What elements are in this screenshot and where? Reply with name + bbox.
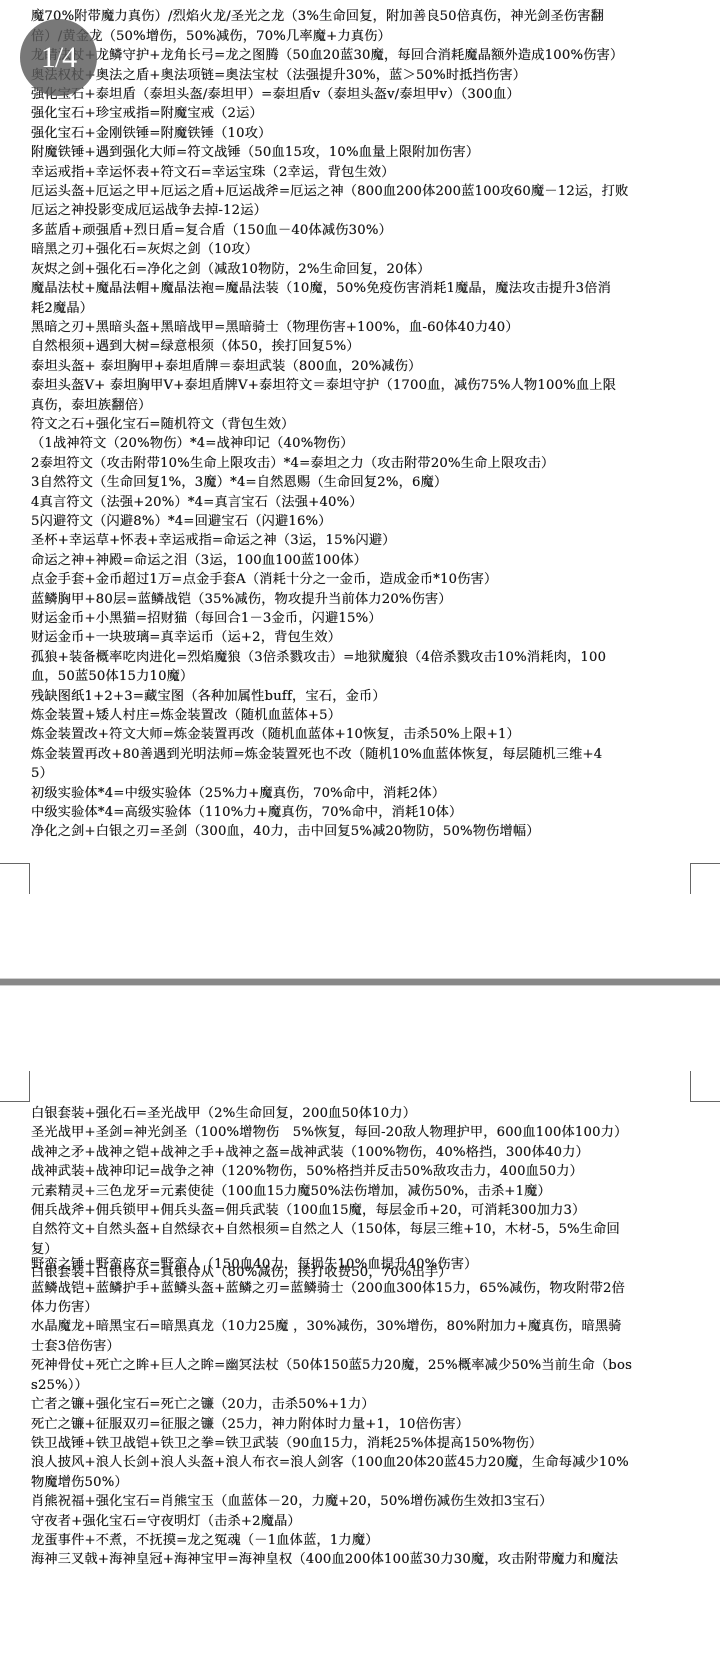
text-line: 奥法权杖+奥法之盾+奥法项链=奥法宝杖（法强提升30%，蓝＞50%时抵挡伤害）: [31, 66, 700, 85]
text-line: 强化宝石+金刚铁锤=附魔铁锤（10攻）: [31, 124, 700, 143]
text-line: 水晶魔龙+暗黑宝石=暗黑真龙（10力25魔 ，30%减伤，30%增伤，80%附加…: [31, 1317, 700, 1336]
text-line: 黑暗之刃+黑暗头盔+黑暗战甲=黑暗骑士（物理伤害+100%，血-60体40力40…: [31, 318, 700, 337]
text-line: 战神之矛+战神之铠+战神之手+战神之盔=战神武装（100%物伤，40%格挡，30…: [31, 1143, 700, 1162]
text-line: 厄运头盔+厄运之甲+厄运之盾+厄运战斧=厄运之神（800血200体200蓝100…: [31, 182, 700, 201]
text-line: 自然符文+自然头盔+自然绿衣+自然根须=自然之人（150体，每层三维+10，木材…: [31, 1220, 700, 1239]
text-line: 体力伤害）: [31, 1298, 700, 1317]
text-line: 死神骨仗+死亡之眸+巨人之眸=幽冥法杖（50体150蓝5力20魔，25%概率减少…: [31, 1356, 700, 1375]
text-line: 2泰坦符文（攻击附带10%生命上限攻击）*4=泰坦之力（攻击附带20%生命上限攻…: [31, 454, 700, 473]
text-line: 厄运之神投影变成厄运战争去掉-12运）: [31, 201, 700, 220]
text-line: 多蓝盾+顽强盾+烈日盾=复合盾（150血－40体减伤30%）: [31, 221, 700, 240]
text-line: s25%））: [31, 1376, 700, 1395]
text-line: 财运金币+小黑猫=招财猫（每回合1－3金币，闪避15%）: [31, 609, 700, 628]
text-line: 泰坦头盔+ 泰坦胸甲+泰坦盾牌＝泰坦武装（800血，20%减伤）: [31, 357, 700, 376]
text-line: 3自然符文（生命回复1%，3魔）*4=自然恩赐（生命回复2%，6魔）: [31, 473, 700, 492]
text-line: 蓝鳞胸甲+80层=蓝鳞战铠（35%减伤，物攻提升当前体力20%伤害）: [31, 590, 700, 609]
text-line: 士套3倍伤害）: [31, 1337, 700, 1356]
text-line: 圣光战甲+圣剑=神光剑圣（100%增物伤 5%恢复，每回-20敌人物理护甲，60…: [31, 1123, 700, 1142]
text-line: 5）: [31, 764, 700, 783]
page-corner-mark-bottom-left: [0, 863, 30, 894]
text-line: 肖熊祝福+强化宝石=肖熊宝玉（血蓝体－20，力魔+20，50%增伤减伤生效扣3宝…: [31, 1492, 700, 1511]
text-line: 海神三叉戟+海神皇冠+海神宝甲=海神皇权（400血200体100蓝30力30魔，…: [31, 1550, 700, 1569]
text-line: 灰烬之剑+强化石=净化之剑（减敌10物防，2%生命回复，20体）: [31, 260, 700, 279]
text-line: 初级实验体*4=中级实验体（25%力+魔真伤，70%命中，消耗2体）: [31, 784, 700, 803]
text-line: 泰坦头盔V+ 泰坦胸甲V+泰坦盾牌V+泰坦符文＝泰坦守护（1700血，减伤75%…: [31, 376, 700, 395]
page-break-divider: [0, 978, 720, 986]
page-indicator-badge: 1/4: [20, 19, 97, 96]
page-1-text: 魔70%附带魔力真伤）/烈焰火龙/圣光之龙（3%生命回复，附加善良50倍真伤，神…: [31, 0, 700, 842]
text-line: 炼金装置改+符文大师=炼金装置再改（随机血蓝体+10恢复，击杀50%上限+1）: [31, 725, 700, 744]
text-line: 自然根须+遇到大树=绿意根须（体50，挨打回复5%）: [31, 337, 700, 356]
text-line: 强化宝石+泰坦盾（泰坦头盔/泰坦甲）=泰坦盾v（泰坦头盔v/泰坦甲v）（300血…: [31, 85, 700, 104]
text-line: 铁卫战锤+铁卫战铠+铁卫之拳=铁卫武装（90血15力，消耗25%体提高150%物…: [31, 1434, 700, 1453]
text-line: [31, 0, 700, 7]
text-line: （1战神符文（20%物伤）*4=战神印记（40%物伤）: [31, 434, 700, 453]
text-line-overlapping: 白银套装+白银侍从=真银侍从（80%减伤，挨打收费50，70%出手）: [31, 1263, 700, 1282]
text-line: 魔70%附带魔力真伤）/烈焰火龙/圣光之龙（3%生命回复，附加善良50倍真伤，神…: [31, 7, 700, 26]
text-line: 死亡之镰+征服双刃=征服之镰（25力，神力附体时力量+1，10倍伤害）: [31, 1415, 700, 1434]
text-line: 元素精灵+三色龙牙=元素使徒（100血15力魔50%法伤增加，减伤50%，击杀+…: [31, 1182, 700, 1201]
text-line: 真伤，泰坦族翻倍）: [31, 396, 700, 415]
text-line: 中级实验体*4=高级实验体（110%力+魔真伤，70%命中，消耗10体）: [31, 803, 700, 822]
text-line: 物魔增伤50%）: [31, 1473, 700, 1492]
text-line: 4真言符文（法强+20%）*4=真言宝石（法强+40%）: [31, 493, 700, 512]
text-line: 符文之石+强化宝石=随机符文（背包生效）: [31, 415, 700, 434]
text-line: 附魔铁锤+遇到强化大师=符文战锤（50血15攻，10%血量上限附加伤害）: [31, 143, 700, 162]
text-line: 佣兵战斧+佣兵锁甲+佣兵头盔=佣兵武装（100血15魔，每层金币+20，可消耗3…: [31, 1201, 700, 1220]
text-line: 亡者之镰+强化宝石=死亡之镰（20力，击杀50%+1力）: [31, 1395, 700, 1414]
page-corner-mark-top-right: [690, 1071, 720, 1102]
document-page-1: 魔70%附带魔力真伤）/烈焰火龙/圣光之龙（3%生命回复，附加善良50倍真伤，神…: [0, 0, 720, 978]
text-line: 耗2魔晶）: [31, 299, 700, 318]
text-line: 血，50蓝50体15力10魔）: [31, 667, 700, 686]
text-line: 魔晶法杖+魔晶法帽+魔晶法袍=魔晶法装（10魔，50%免疫伤害消耗1魔晶，魔法攻…: [31, 279, 700, 298]
text-line: 残缺图纸1+2+3=藏宝图（各种加属性buff，宝石，金币）: [31, 687, 700, 706]
text-line: 孤狼+装备概率吃肉进化=烈焰魔狼（3倍杀戮攻击）=地狱魔狼（4倍杀戮攻击10%消…: [31, 648, 700, 667]
text-line: 点金手套+金币超过1万=点金手套A（消耗十分之一金币，造成金币*10伤害）: [31, 570, 700, 589]
text-line: 净化之剑+白银之刃=圣剑（300血，40力，击中回复5%减20物防，50%物伤增…: [31, 822, 700, 841]
text-line: 白银套装+强化石=圣光战甲（2%生命回复，200血50体10力）: [31, 1104, 700, 1123]
text-line: 龙睛法杖+龙鳞守护+龙角长弓=龙之图腾（50血20蓝30魔，每回合消耗魔晶额外造…: [31, 46, 700, 65]
text-line: 命运之神+神殿=命运之泪（3运，100血100蓝100体）: [31, 551, 700, 570]
text-line: 战神武装+战神印记=战争之神（120%物伤，50%格挡并反击50%敌攻击力，40…: [31, 1162, 700, 1181]
text-line: 炼金装置再改+80善遇到光明法师=炼金装置死也不改（随机10%血蓝体恢复，每层随…: [31, 745, 700, 764]
text-line: 暗黑之刃+强化石=灰烬之剑（10攻）: [31, 240, 700, 259]
text-line: 炼金装置+矮人村庄=炼金装置改（随机血蓝体+5）: [31, 706, 700, 725]
text-line: 倍）/黄金龙（50%增伤，50%减伤，70%几率魔+力真伤）: [31, 27, 700, 46]
page-corner-mark-top-left: [0, 1071, 30, 1102]
text-line: 浪人披风+浪人长剑+浪人头盔+浪人布衣=浪人剑客（100血20体20蓝45力20…: [31, 1453, 700, 1472]
text-line: 5闪避符文（闪避8%）*4=回避宝石（闪避16%）: [31, 512, 700, 531]
text-line: 守夜者+强化宝石=守夜明灯（击杀+2魔晶）: [31, 1512, 700, 1531]
text-line: 财运金币+一块玻璃=真幸运币（运+2，背包生效）: [31, 628, 700, 647]
text-line: 龙蛋事件+不煮，不抚摸=龙之冤魂（－1血体蓝，1力魔）: [31, 1531, 700, 1550]
text-line: 幸运戒指+幸运怀表+符文石=幸运宝珠（2幸运，背包生效）: [31, 163, 700, 182]
text-line: 强化宝石+珍宝戒指=附魔宝戒（2运）: [31, 104, 700, 123]
page-2-text: 白银套装+强化石=圣光战甲（2%生命回复，200血50体10力） 圣光战甲+圣剑…: [31, 1104, 700, 1570]
document-page-2: 白银套装+强化石=圣光战甲（2%生命回复，200血50体10力） 圣光战甲+圣剑…: [0, 986, 720, 1655]
text-line: 圣杯+幸运草+怀表+幸运戒指=命运之神（3运，15%闪避）: [31, 531, 700, 550]
page-corner-mark-bottom-right: [690, 863, 720, 894]
